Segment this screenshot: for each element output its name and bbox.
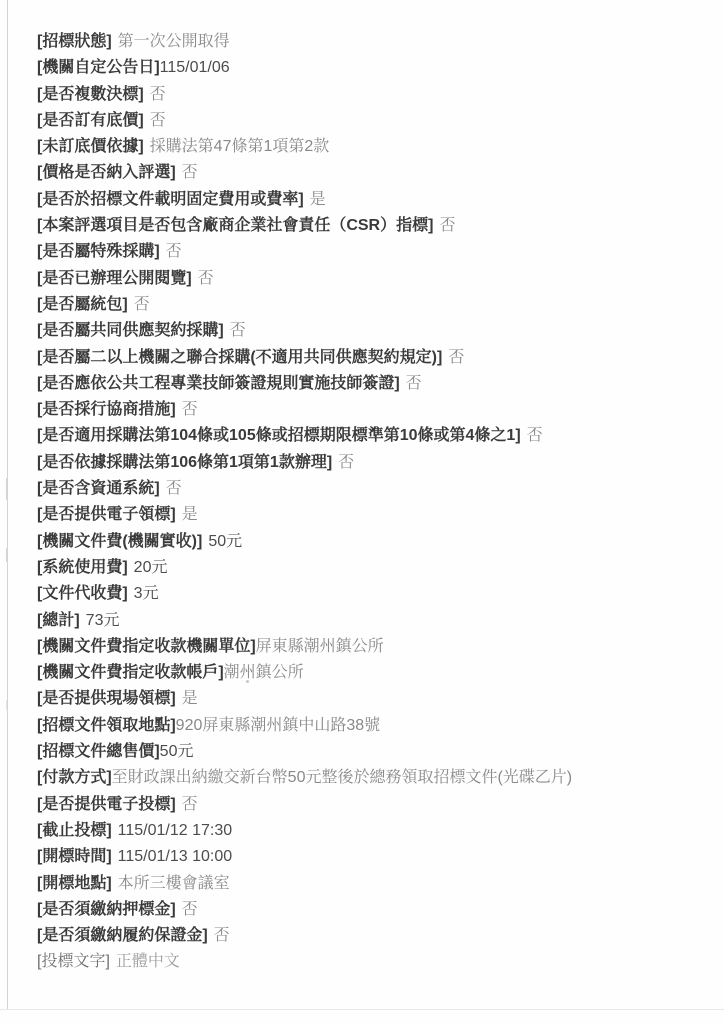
field-value: 115/01/06	[160, 59, 230, 76]
field-value: 否	[182, 901, 198, 918]
field-label: [付款方式]	[37, 769, 112, 786]
field-value: 第一次公開取得	[118, 33, 230, 50]
field-row: [是否屬共同供應契約採購]否	[37, 318, 697, 344]
field-row: [總計]73元	[37, 608, 697, 634]
field-label: [是否屬特殊採購]	[37, 243, 160, 260]
field-label: [機關文件費指定收款機關單位]	[37, 638, 256, 655]
field-label: [招標文件領取地點]	[37, 717, 176, 734]
field-row: [是否應依公共工程專業技師簽證規則實施技師簽證]否	[37, 371, 697, 397]
field-value: 115/01/13 10:00	[118, 848, 232, 865]
field-value: 否	[150, 112, 166, 129]
field-label: [機關文件費(機關實收)]	[37, 533, 202, 550]
field-row: [是否依據採購法第106條第1項第1款辦理]否	[37, 450, 697, 476]
field-value: 是	[310, 191, 326, 208]
field-row: [是否提供電子投標]否	[37, 792, 697, 818]
field-row: [機關自定公告日]115/01/06	[37, 55, 697, 81]
field-value: 否	[214, 927, 230, 944]
field-label: [招標狀態]	[37, 33, 112, 50]
field-label: [截止投標]	[37, 822, 112, 839]
field-value: 否	[182, 164, 198, 181]
field-value: 正體中文	[116, 953, 180, 970]
field-value: 至財政課出納繳交新台幣50元整後於總務領取招標文件(光碟乙片)	[112, 769, 572, 786]
field-label: [系統使用費]	[37, 559, 128, 576]
field-label: [投標文字]	[37, 953, 110, 970]
field-row: [截止投標]115/01/12 17:30	[37, 818, 697, 844]
field-label: [機關文件費指定收款帳戶]	[37, 664, 224, 681]
field-row: [是否訂有底價]否	[37, 108, 697, 134]
scan-bottom-edge-line	[0, 1009, 724, 1010]
field-row: [是否採行協商措施]否	[37, 397, 697, 423]
field-label: [是否採行協商措施]	[37, 401, 176, 418]
field-value: 50元	[208, 533, 242, 550]
field-label: [是否須繳納押標金]	[37, 901, 176, 918]
field-value: 否	[230, 322, 246, 339]
field-label: [開標地點]	[37, 875, 112, 892]
field-label: [是否屬共同供應契約採購]	[37, 322, 224, 339]
field-value: 否	[182, 796, 198, 813]
field-row: [機關文件費指定收款帳戶]潮州鎮公所	[37, 660, 697, 686]
field-label: [總計]	[37, 612, 80, 629]
field-label: [開標時間]	[37, 848, 112, 865]
field-row: [招標文件總售價]50元	[37, 739, 697, 765]
field-row: [付款方式]至財政課出納繳交新台幣50元整後於總務領取招標文件(光碟乙片)	[37, 765, 697, 791]
field-row: [機關文件費指定收款機關單位]屏東縣潮州鎮公所	[37, 634, 697, 660]
field-value: 否	[406, 375, 422, 392]
field-row: [開標時間]115/01/13 10:00	[37, 844, 697, 870]
field-value: 屏東縣潮州鎮公所	[256, 638, 384, 655]
field-row: [招標文件領取地點]920屏東縣潮州鎮中山路38號	[37, 713, 697, 739]
scan-left-edge-line	[7, 0, 8, 1010]
field-label: [是否含資通系統]	[37, 480, 160, 497]
field-label: [是否訂有底價]	[37, 112, 144, 129]
scanned-tender-document-page: [招標狀態]第一次公開取得[機關自定公告日]115/01/06[是否複數決標]否…	[0, 0, 724, 1024]
field-value: 否	[134, 296, 150, 313]
field-list: [招標狀態]第一次公開取得[機關自定公告日]115/01/06[是否複數決標]否…	[37, 29, 697, 976]
field-label: [未訂底價依據]	[37, 138, 144, 155]
field-value: 否	[150, 86, 166, 103]
field-value: 潮州鎮公所	[224, 664, 304, 681]
field-row: [投標文字]正體中文	[37, 949, 697, 975]
field-label: [是否已辦理公開閱覽]	[37, 270, 192, 287]
field-value: 否	[166, 480, 182, 497]
field-value: 否	[448, 349, 464, 366]
scan-edge-smudge	[6, 700, 8, 710]
field-label: [是否提供電子領標]	[37, 506, 176, 523]
field-value: 50元	[160, 743, 194, 760]
field-label: [是否須繳納履約保證金]	[37, 927, 208, 944]
field-value: 73元	[86, 612, 120, 629]
field-row: [是否須繳納押標金]否	[37, 897, 697, 923]
field-row: [價格是否納入評選]否	[37, 160, 697, 186]
field-label: [是否提供現場領標]	[37, 690, 176, 707]
field-label: [本案評選項目是否包含廠商企業社會責任（CSR）指標]	[37, 217, 433, 234]
field-value: 920屏東縣潮州鎮中山路38號	[176, 717, 381, 734]
field-row: [是否屬統包]否	[37, 292, 697, 318]
field-row: [開標地點]本所三樓會議室	[37, 871, 697, 897]
field-label: [是否應依公共工程專業技師簽證規則實施技師簽證]	[37, 375, 400, 392]
field-row: [本案評選項目是否包含廠商企業社會責任（CSR）指標]否	[37, 213, 697, 239]
field-row: [未訂底價依據]採購法第47條第1項第2款	[37, 134, 697, 160]
field-row: [是否適用採購法第104條或105條或招標期限標準第10條或第4條之1]否	[37, 423, 697, 449]
field-value: 115/01/12 17:30	[118, 822, 232, 839]
scan-edge-smudge	[6, 548, 8, 562]
field-row: [是否須繳納履約保證金]否	[37, 923, 697, 949]
field-value: 否	[338, 454, 354, 471]
field-value: 是	[182, 690, 198, 707]
field-label: [是否提供電子投標]	[37, 796, 176, 813]
field-row: [是否於招標文件載明固定費用或費率]是	[37, 187, 697, 213]
field-value: 本所三樓會議室	[118, 875, 230, 892]
field-row: [是否提供現場領標]是	[37, 686, 697, 712]
field-row: [系統使用費]20元	[37, 555, 697, 581]
field-row: [是否提供電子領標]是	[37, 502, 697, 528]
field-value: 否	[166, 243, 182, 260]
field-row: [是否已辦理公開閱覽]否	[37, 266, 697, 292]
field-label: [是否屬統包]	[37, 296, 128, 313]
field-label: [文件代收費]	[37, 585, 128, 602]
scan-edge-smudge	[6, 478, 8, 500]
field-value: 否	[527, 427, 543, 444]
field-value: 否	[198, 270, 214, 287]
field-value: 否	[182, 401, 198, 418]
field-row: [是否含資通系統]否	[37, 476, 697, 502]
field-label: [是否適用採購法第104條或105條或招標期限標準第10條或第4條之1]	[37, 427, 521, 444]
field-label: [是否依據採購法第106條第1項第1款辦理]	[37, 454, 332, 471]
field-row: [文件代收費]3元	[37, 581, 697, 607]
field-label: [是否屬二以上機關之聯合採購(不適用共同供應契約規定)]	[37, 349, 442, 366]
field-value: 否	[439, 217, 455, 234]
field-label: [價格是否納入評選]	[37, 164, 176, 181]
field-row: [機關文件費(機關實收)]50元	[37, 529, 697, 555]
field-value: 20元	[134, 559, 168, 576]
field-row: [招標狀態]第一次公開取得	[37, 29, 697, 55]
field-row: [是否複數決標]否	[37, 82, 697, 108]
field-label: [是否於招標文件載明固定費用或費率]	[37, 191, 304, 208]
field-row: [是否屬特殊採購]否	[37, 239, 697, 265]
field-label: [招標文件總售價]	[37, 743, 160, 760]
field-value: 採購法第47條第1項第2款	[150, 138, 330, 155]
field-row: [是否屬二以上機關之聯合採購(不適用共同供應契約規定)]否	[37, 345, 697, 371]
field-label: [機關自定公告日]	[37, 59, 160, 76]
field-value: 3元	[134, 585, 159, 602]
field-label: [是否複數決標]	[37, 86, 144, 103]
field-value: 是	[182, 506, 198, 523]
